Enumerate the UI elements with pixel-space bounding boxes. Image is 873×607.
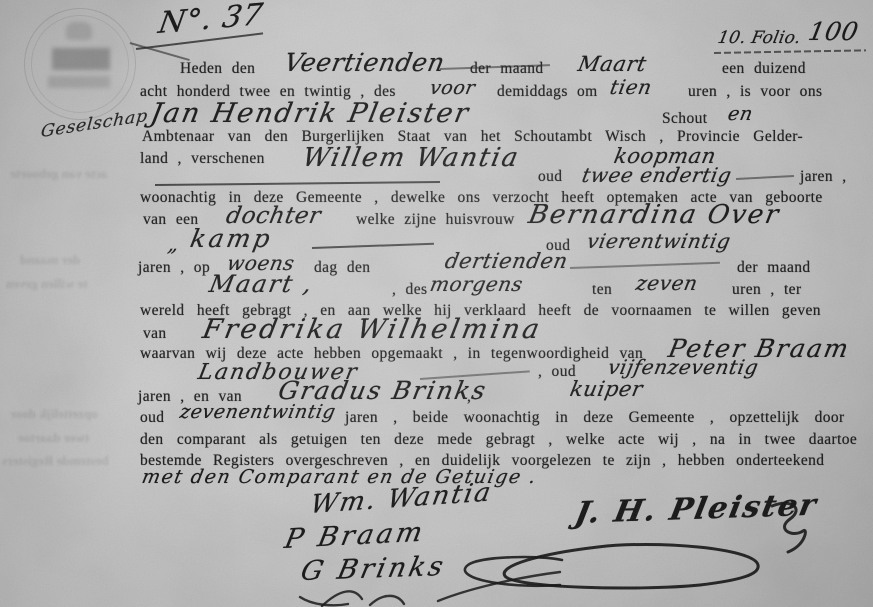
printed-text: een duizend: [722, 60, 806, 78]
printed-text: uren , is voor ons: [688, 83, 822, 101]
handwritten-hour: tien: [608, 75, 654, 99]
signature-official: J. H. Pleister: [572, 488, 821, 531]
stamp-crown-icon: [66, 22, 92, 40]
printed-text: dag den: [314, 259, 370, 277]
handwritten-mother-name-2: kamp: [188, 224, 275, 253]
printed-text: der maand: [737, 259, 811, 277]
printed-text: ten: [592, 281, 612, 299]
handwritten-witness2-age: zevenentwintig: [178, 401, 338, 423]
handwritten-month: Maart: [576, 52, 649, 76]
handwritten-ditto-mark: „: [166, 232, 182, 256]
handwritten-child-names: Fredrika Wilhelmina: [200, 314, 545, 345]
blank-line-rule: [155, 181, 440, 186]
handwritten-en: en: [726, 103, 755, 125]
printed-text: , des: [392, 281, 427, 299]
bleedthrough-text: twee daartoe: [18, 430, 89, 446]
signature-witness2: G Brinks: [298, 551, 449, 587]
stamp-text-band: [48, 76, 110, 88]
printed-text: jaren ,: [800, 168, 847, 186]
folio-number: 100: [806, 17, 861, 46]
bleedthrough-text: opzettelijk door: [10, 406, 98, 422]
folio-underline: [714, 49, 866, 54]
handwritten-birth-hour: zeven: [634, 271, 700, 295]
handwritten-witness1-age: vijfenzeventig: [606, 355, 761, 379]
handwritten-birthday: dertienden: [443, 249, 570, 273]
pen-flourish: [736, 175, 794, 180]
bleedthrough-text: der maand: [20, 252, 80, 268]
printed-text: , oud: [538, 363, 576, 381]
printed-text: ,: [467, 388, 471, 406]
handwritten-voor: voor: [428, 77, 477, 99]
printed-text: welke zijne huisvrouw: [356, 211, 515, 229]
printed-text: van: [143, 325, 167, 343]
printed-text: der maand: [470, 60, 544, 78]
printed-text: oud: [140, 409, 164, 427]
printed-text: oud: [538, 168, 562, 186]
printed-text: jaren , beide woonachtig in deze Gemeent…: [345, 409, 845, 427]
handwritten-birth-month: Maart ,: [207, 270, 316, 298]
printed-text: uren , ter: [732, 281, 802, 299]
handwritten-official-name: Jan Hendrik Pleister: [148, 98, 473, 129]
stamp-emblem: [52, 48, 110, 70]
pen-flourish: [570, 262, 720, 269]
signature-witness1: P Braam: [282, 517, 428, 555]
birth-certificate-scan: acte van geboorte der maand te willen ge…: [0, 0, 873, 607]
bleedthrough-text: acte van geboorte: [10, 166, 107, 182]
printed-text: den comparant als getuigen ten deze mede…: [140, 431, 857, 449]
handwritten-mother-age: vierentwintig: [585, 229, 733, 253]
handwritten-mother-name: Bernardina Over: [526, 200, 783, 230]
handwritten-morgens: morgens: [428, 272, 525, 296]
handwritten-witness2-profession: kuiper: [568, 377, 645, 401]
bleedthrough-text: bestemde Registers: [2, 453, 109, 469]
printed-text: Schout: [662, 110, 707, 128]
printed-text: demiddags om: [497, 83, 598, 101]
handwritten-day: Veertienden: [282, 48, 447, 77]
printed-text: Heden den: [180, 60, 255, 78]
printed-text: jaren , op: [138, 259, 210, 277]
blank-line-rule: [312, 243, 434, 249]
handwritten-declarant-name: Willem Wantia: [300, 143, 522, 173]
bleedthrough-text: te willen geven: [6, 276, 88, 292]
printed-text: land , verschenen: [140, 150, 265, 168]
printed-text: van een: [143, 211, 199, 229]
handwritten-age: twee endertig: [580, 163, 734, 187]
folio-label: 10. Folio.: [716, 28, 803, 48]
